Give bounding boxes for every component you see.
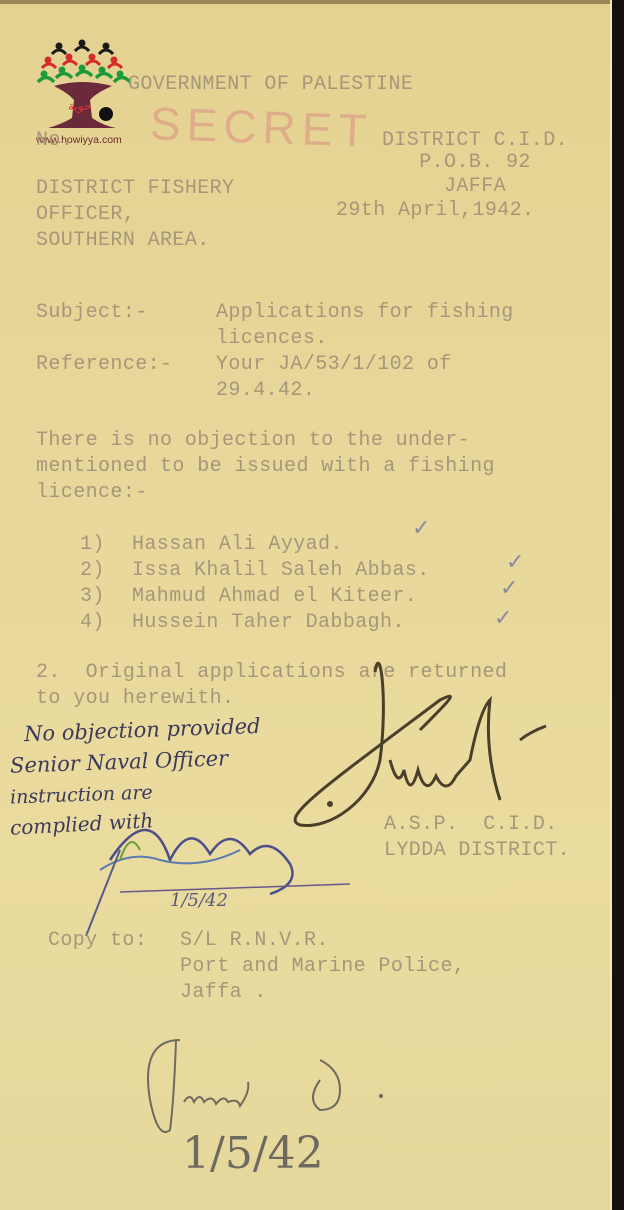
copy-to-label: Copy to: (48, 928, 147, 954)
document-page: حوية www.howiyya.com GOVERNMENT OF PALES… (0, 0, 612, 1210)
signatory-title: A.S.P. C.I.D. (384, 812, 558, 838)
copy-to-line-3: Jaffa . (180, 980, 267, 1006)
passed-date: 1/5/42 (182, 1128, 324, 1179)
initials-date: 1/5/42 (170, 890, 228, 911)
copy-to-line-1: S/L R.N.V.R. (180, 928, 329, 954)
signatory-district: LYDDA DISTRICT. (384, 838, 570, 864)
copy-to-line-2: Port and Marine Police, (180, 954, 465, 980)
signature-scrawl-icon (0, 0, 624, 1210)
